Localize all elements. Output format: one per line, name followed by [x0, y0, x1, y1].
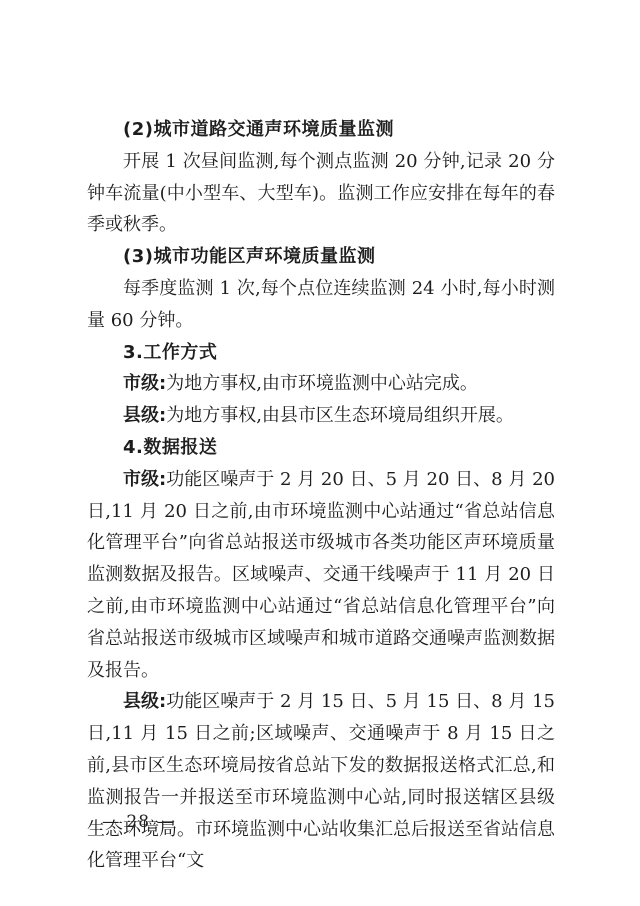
section-heading: 3.工作方式 — [87, 337, 555, 369]
body-paragraph: 每季度监测 1 次,每个点位连续监测 24 小时,每小时测量 60 分钟。 — [87, 273, 555, 337]
page-number: — 28 — — [102, 812, 174, 832]
paragraph-lead: 县级: — [123, 405, 166, 426]
paragraph-lead: 市级: — [123, 373, 166, 394]
body-paragraph: 市级:功能区噪声于 2 月 20 日、5 月 20 日、8 月 20 日,11 … — [87, 464, 555, 687]
paragraph-lead: 县级: — [123, 691, 166, 712]
section-heading: (2)城市道路交通声环境质量监测 — [87, 114, 555, 146]
body-paragraph: 开展 1 次昼间监测,每个测点监测 20 分钟,记录 20 分钟车流量(中小型车… — [87, 146, 555, 241]
section-heading: (3)城市功能区声环境质量监测 — [87, 241, 555, 273]
body-paragraph: 市级:为地方事权,由市环境监测中心站完成。 — [87, 368, 555, 400]
document-page: (2)城市道路交通声环境质量监测开展 1 次昼间监测,每个测点监测 20 分钟,… — [0, 0, 640, 906]
paragraph-lead: 市级: — [123, 469, 166, 490]
body-paragraph: 县级:为地方事权,由县市区生态环境局组织开展。 — [87, 400, 555, 432]
body-paragraph: 县级:功能区噪声于 2 月 15 日、5 月 15 日、8 月 15 日,11 … — [87, 686, 555, 877]
section-heading: 4.数据报送 — [87, 432, 555, 464]
document-body: (2)城市道路交通声环境质量监测开展 1 次昼间监测,每个测点监测 20 分钟,… — [87, 114, 555, 877]
